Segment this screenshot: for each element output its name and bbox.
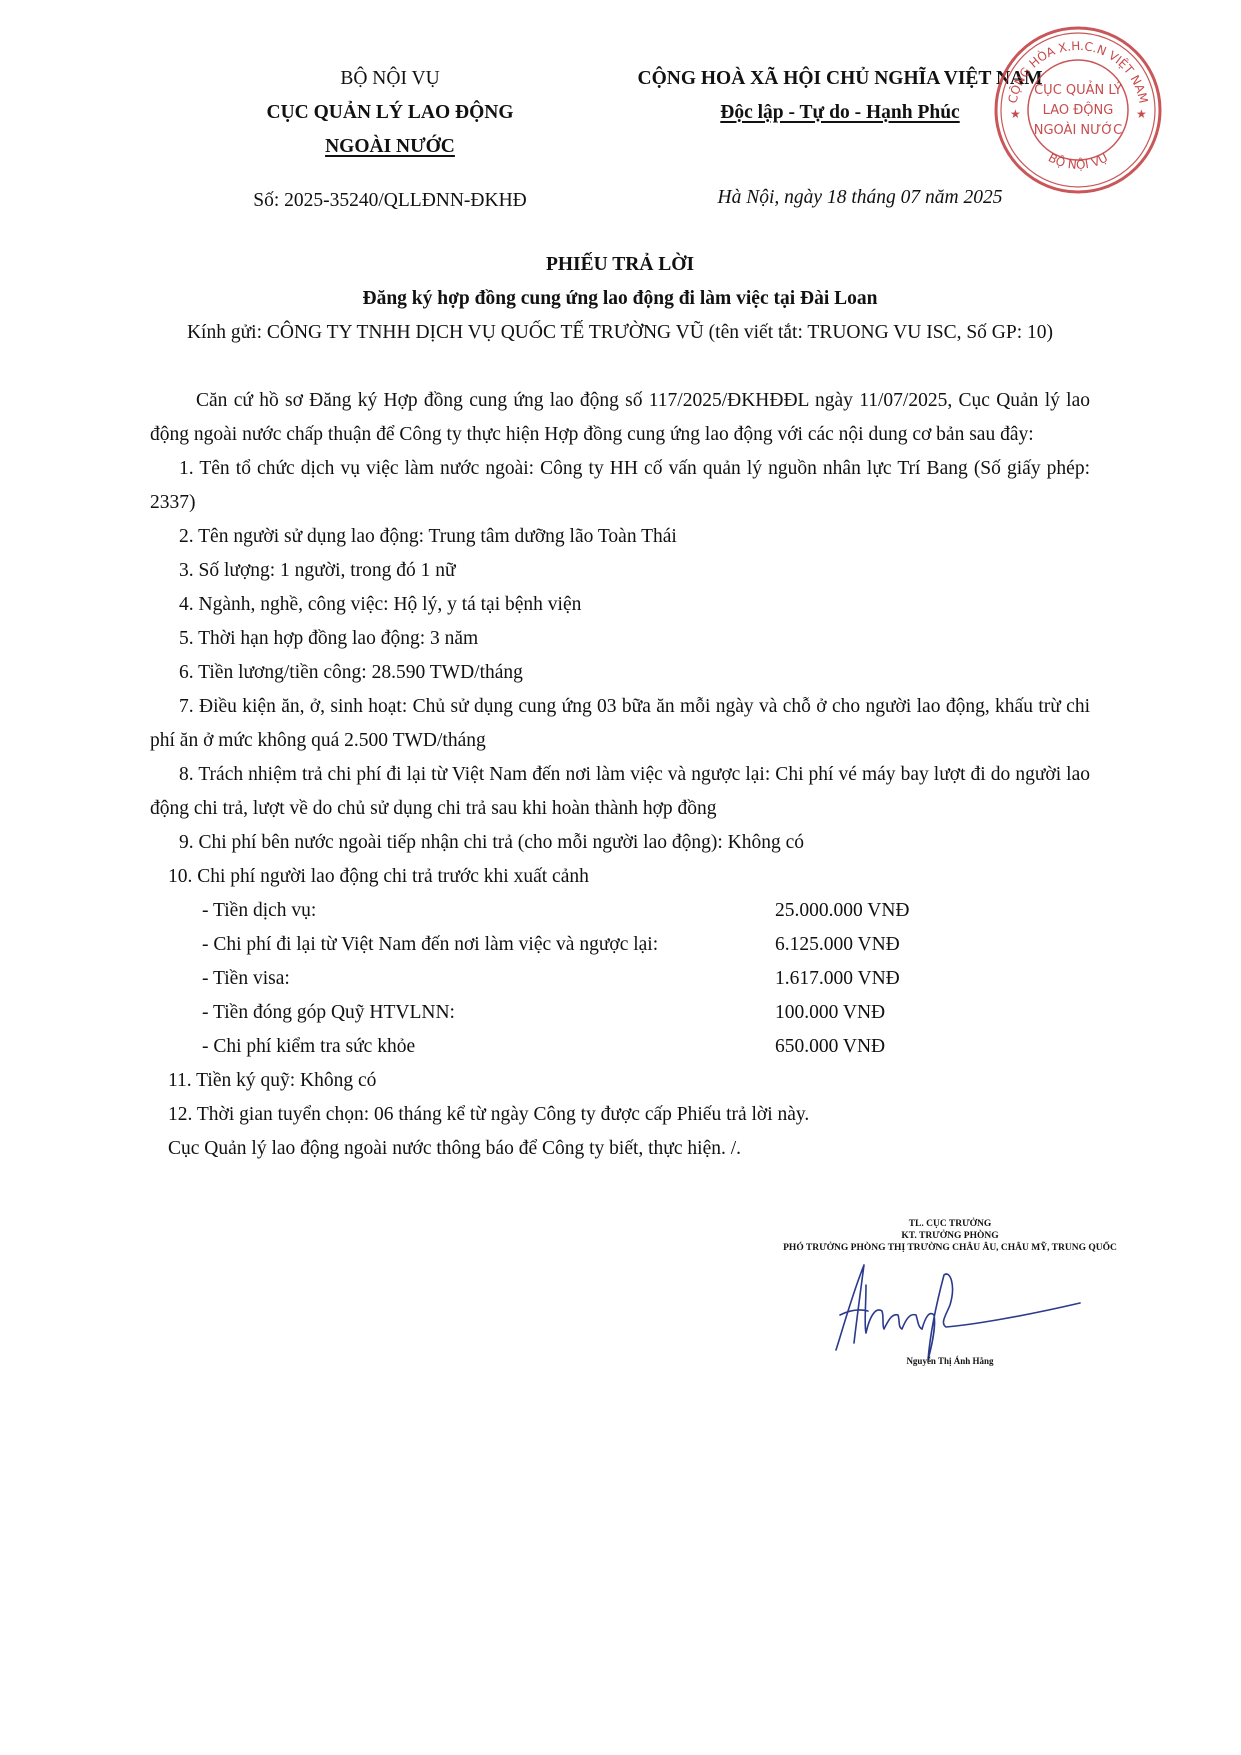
list-item: 4. Ngành, nghề, công việc: Hộ lý, y tá t… xyxy=(150,588,1090,622)
cost-row: - Chi phí kiểm tra sức khỏe 650.000 VNĐ xyxy=(150,1030,1090,1064)
list-item: 7. Điều kiện ăn, ở, sinh hoạt: Chủ sử dụ… xyxy=(150,690,1090,758)
document-number: Số: 2025-35240/QLLĐNN-ĐKHĐ xyxy=(170,190,610,212)
intro-paragraph: Căn cứ hồ sơ Đăng ký Hợp đồng cung ứng l… xyxy=(150,384,1090,452)
document-title: PHIẾU TRẢ LỜI xyxy=(150,250,1090,280)
signer-title: PHÓ TRƯỞNG PHÒNG THỊ TRƯỜNG CHÂU ÂU, CHÂ… xyxy=(760,1242,1140,1254)
svg-text:★: ★ xyxy=(1136,107,1147,121)
document-subtitle: Đăng ký hợp đồng cung ứng lao động đi là… xyxy=(150,284,1090,314)
cost-value: 25.000.000 VNĐ xyxy=(775,894,910,928)
svg-text:★: ★ xyxy=(1010,107,1021,121)
cost-row: - Tiền dịch vụ: 25.000.000 VNĐ xyxy=(150,894,1090,928)
issuer-header: BỘ NỘI VỤ CỤC QUẢN LÝ LAO ĐỘNG NGOÀI NƯỚ… xyxy=(170,62,610,164)
list-item: 2. Tên người sử dụng lao động: Trung tâm… xyxy=(150,520,1090,554)
list-item: 8. Trách nhiệm trả chi phí đi lại từ Việ… xyxy=(150,758,1090,826)
cost-row: - Chi phí đi lại từ Việt Nam đến nơi làm… xyxy=(150,928,1090,962)
official-stamp-icon: CỘNG HÒA X.H.C.N VIỆT NAM BỘ NỘI VỤ CỤC … xyxy=(988,20,1168,200)
cost-label: - Chi phí đi lại từ Việt Nam đến nơi làm… xyxy=(202,928,775,962)
svg-text:CỤC QUẢN LÝ: CỤC QUẢN LÝ xyxy=(1034,81,1122,98)
cost-value: 650.000 VNĐ xyxy=(775,1030,885,1064)
cost-label: - Chi phí kiểm tra sức khỏe xyxy=(202,1030,775,1064)
svg-text:LAO ĐỘNG: LAO ĐỘNG xyxy=(1043,102,1114,118)
list-item: 9. Chi phí bên nước ngoài tiếp nhận chi … xyxy=(150,826,1090,860)
list-item: 10. Chi phí người lao động chi trả trước… xyxy=(150,860,1090,894)
list-item: 3. Số lượng: 1 người, trong đó 1 nữ xyxy=(150,554,1090,588)
stamp-outer-bottom: BỘ NỘI VỤ xyxy=(1046,151,1110,172)
signer-name: Nguyễn Thị Ánh Hằng xyxy=(760,1356,1140,1366)
signature-block: TL. CỤC TRƯỞNG KT. TRƯỞNG PHÒNG PHÓ TRƯỞ… xyxy=(760,1218,1140,1254)
list-item: 12. Thời gian tuyển chọn: 06 tháng kể từ… xyxy=(150,1098,1090,1132)
cost-value: 6.125.000 VNĐ xyxy=(775,928,900,962)
recipient-line: Kính gửi: CÔNG TY TNHH DỊCH VỤ QUỐC TẾ T… xyxy=(152,316,1088,350)
national-motto: Độc lập - Tự do - Hạnh Phúc xyxy=(720,102,959,123)
document-body: Căn cứ hồ sơ Đăng ký Hợp đồng cung ứng l… xyxy=(150,384,1090,1166)
cost-row: - Tiền đóng góp Quỹ HTVLNN: 100.000 VNĐ xyxy=(150,996,1090,1030)
list-item: 11. Tiền ký quỹ: Không có xyxy=(150,1064,1090,1098)
cost-table: - Tiền dịch vụ: 25.000.000 VNĐ - Chi phí… xyxy=(150,894,1090,1064)
list-item: 6. Tiền lương/tiền công: 28.590 TWD/thán… xyxy=(150,656,1090,690)
cost-label: - Tiền visa: xyxy=(202,962,775,996)
closing-paragraph: Cục Quản lý lao động ngoài nước thông bá… xyxy=(150,1132,1090,1166)
cost-label: - Tiền đóng góp Quỹ HTVLNN: xyxy=(202,996,775,1030)
cost-row: - Tiền visa: 1.617.000 VNĐ xyxy=(150,962,1090,996)
svg-text:NGOÀI NƯỚC: NGOÀI NƯỚC xyxy=(1034,122,1123,138)
department-name-line2: NGOÀI NƯỚC xyxy=(325,136,455,157)
ministry-name: BỘ NỘI VỤ xyxy=(170,62,610,96)
cost-value: 100.000 VNĐ xyxy=(775,996,885,1030)
list-item: 1. Tên tổ chức dịch vụ việc làm nước ngo… xyxy=(150,452,1090,520)
department-name-line1: CỤC QUẢN LÝ LAO ĐỘNG xyxy=(170,96,610,130)
handwritten-signature-icon xyxy=(830,1255,1100,1365)
signer-authority-line2: KT. TRƯỞNG PHÒNG xyxy=(760,1230,1140,1242)
svg-text:BỘ NỘI VỤ: BỘ NỘI VỤ xyxy=(1046,151,1110,172)
list-item: 5. Thời hạn hợp đồng lao động: 3 năm xyxy=(150,622,1090,656)
cost-value: 1.617.000 VNĐ xyxy=(775,962,900,996)
signer-authority-line1: TL. CỤC TRƯỞNG xyxy=(760,1218,1140,1230)
cost-label: - Tiền dịch vụ: xyxy=(202,894,775,928)
